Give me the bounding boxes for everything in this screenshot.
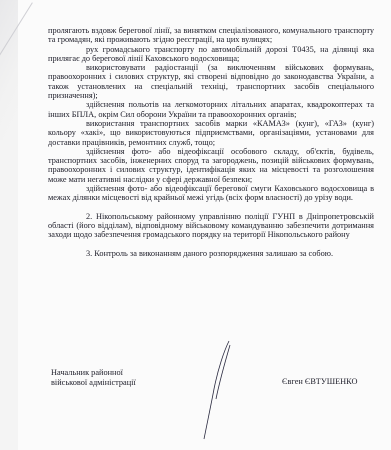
paragraph: використовувати радіостанції (за виключе… xyxy=(48,63,374,100)
paragraph: здійснення фото- або відеофіксації особо… xyxy=(48,147,374,184)
paragraph: здійснення фото- або відеофіксації берег… xyxy=(48,184,374,203)
signatory-position: Начальник районної військової адміністра… xyxy=(51,368,136,387)
paragraph: використання транспортних засобів марки … xyxy=(48,119,374,147)
document-body: пролягають вздовж берегової лінії, за ви… xyxy=(48,26,374,258)
handwritten-signature xyxy=(196,339,236,441)
position-line-1: Начальник районної xyxy=(51,368,136,378)
paragraph-item-2: 2. Нікопольському районному управлінню п… xyxy=(48,212,374,240)
paragraph: рух громадського транспорту по автомобіл… xyxy=(48,45,374,64)
paragraph: пролягають вздовж берегової лінії, за ви… xyxy=(48,26,374,45)
signatory-name: Євген ЄВТУШЕНКО xyxy=(282,377,357,387)
paragraph: здійснення польотів на легкомоторних літ… xyxy=(48,100,374,119)
position-line-2: військової адміністрації xyxy=(51,378,136,388)
paragraph-item-3: 3. Контроль за виконанням даного розпоря… xyxy=(48,249,374,258)
